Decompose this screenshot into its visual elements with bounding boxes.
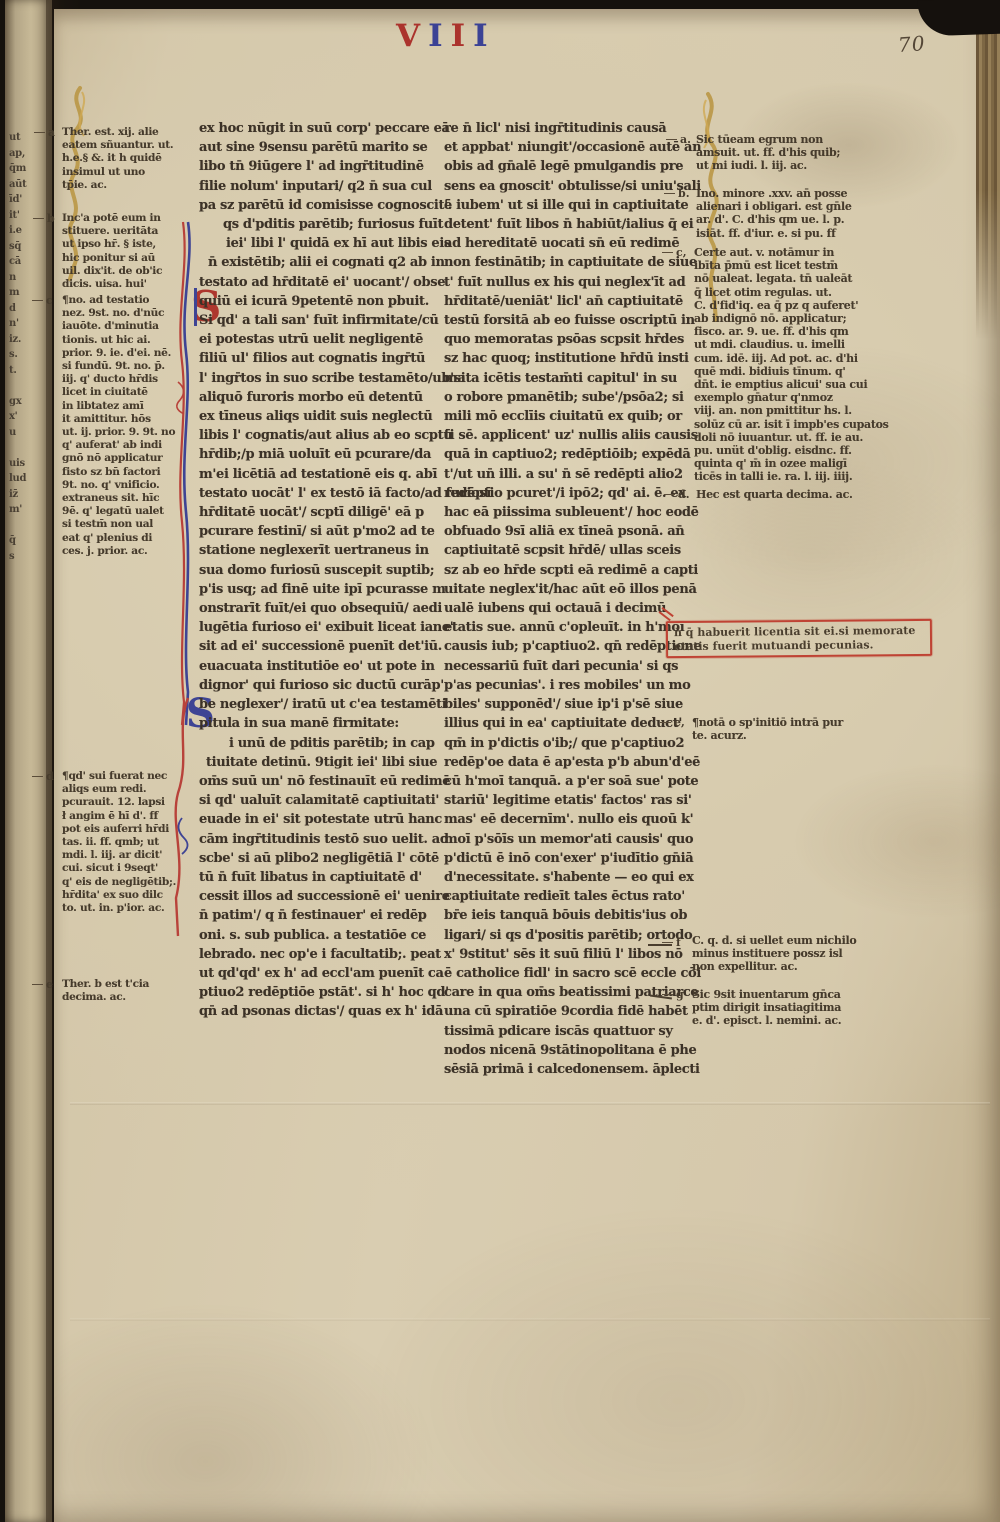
gloss-marker-e-right: e,	[674, 716, 685, 729]
text-line: d'necessitate. s'habente — eo qui ex	[444, 868, 690, 887]
text-line: viij. an. non pmittitur hs. l.	[694, 404, 924, 417]
text-line: it'	[9, 208, 49, 224]
text-line: aut sine 9sensu parētū marito se	[199, 138, 442, 157]
left-gloss-b: Inc'a potē eum instituere. ueritātaut ip…	[62, 212, 202, 291]
text-line: una cū spiratiōe 9cordia fidē habēt	[444, 1002, 690, 1021]
text-line: lebrado. nec op'e i facultatib;. peat	[199, 945, 442, 964]
text-line: t'/ut un̄ illi. a su' n̄ sē redēpti alio…	[444, 465, 690, 484]
text-line: sens ea gnoscit' obtulisse/si uniu'sali	[444, 177, 690, 196]
text-line: uitate neglex'it/hac aūt eō illos penā	[444, 580, 690, 599]
text-line: dn̄t. ie emptius alicui' sua cui	[694, 378, 924, 391]
text-line: ē catholice fidl' in sacro scē eccle cōi	[444, 964, 690, 983]
text-line: mili mō ecclīis ciuitatū ex quib; or	[444, 407, 690, 426]
text-line: hic ponitur si aū	[62, 252, 202, 265]
gloss-marker-a: a	[48, 126, 55, 139]
text-line: stariū' legitime etatis' factos' ras si'	[444, 791, 690, 810]
right-gloss-d: Hec est quarta decima. ac.	[696, 488, 926, 501]
text-line: p'dictū ē inō con'exer' p'iudītio gn̄iā	[444, 849, 690, 868]
heading-letter: I	[428, 18, 451, 54]
text-line: q̄ licet otim regulas. ut.	[694, 286, 924, 299]
text-line: scbe' si aū plibo2 negligētiā l' cōtē	[199, 849, 442, 868]
previous-folio-text-fragments: utap,q̄maūtīd'it'i.esq̄cānmdn'iz.s.t.gxx…	[9, 130, 49, 564]
text-line: obis ad gn̄alē legē pmulgandis pre	[444, 157, 690, 176]
text-line: iei' libi l' quidā ex hī aut libis eis	[199, 234, 442, 253]
text-line	[9, 440, 49, 456]
text-line: aliqs eum redi.	[62, 783, 202, 796]
text-line: cessit illos ad successionē ei' uenire	[199, 887, 442, 906]
text-line: dicis. uisa. hui'	[62, 278, 202, 291]
text-line: n̄ existētib; alii ei cognati q2 ab in	[199, 253, 442, 272]
text-line: hr̄dib;/p miā uoluīt eū pcurare/da	[199, 445, 442, 464]
text-line: euade in ei' sit potestate utrū hanc	[199, 810, 442, 829]
text-line: hr̄ditatē uocāt'/ scptī diligē' eā p	[199, 503, 442, 522]
text-line: ¶no. ad testatio	[62, 294, 202, 307]
text-line: p'as pecunias'. i res mobiles' un mo	[444, 676, 690, 695]
text-line: dignor' qui furioso sic ductū curāp'	[199, 676, 442, 695]
text-line: filie nolum' inputari/ q2 n̄ sua cul	[199, 177, 442, 196]
text-line: ex tīneus aliqs uidit suis neglectū	[199, 407, 442, 426]
text-line: aūt	[9, 177, 49, 193]
text-line: testato uocāt' l' ex testō iā facto/ad f…	[199, 484, 442, 503]
gloss-marker-g-right: g	[676, 988, 684, 1001]
text-line: hac eā piissima subleuent'/ hoc eodē	[444, 503, 690, 522]
book-number-heading: VIII	[396, 18, 496, 54]
text-line: tissimā pdicare iscās quattuor sy	[444, 1022, 690, 1041]
text-line: n	[9, 270, 49, 286]
text-line: eat q' plenius di	[62, 532, 202, 545]
text-line: u	[9, 425, 49, 441]
folio-number: 70	[897, 31, 926, 57]
text-line: et appbat' niungit'/occasionē autē an	[444, 138, 690, 157]
text-line: ē iubem' ut si ille qui in captiuitate	[444, 196, 690, 215]
text-line: statione neglexerīt uertraneus in	[199, 541, 442, 560]
text-line: x' 9stitut' sēs it suū filiū l' libos nō	[444, 945, 690, 964]
text-line: testato ad hr̄ditatē ei' uocant'/ obse	[199, 273, 442, 292]
text-line: qs d'pditis parētib; furiosus fuīt	[199, 215, 442, 234]
text-line: i.e	[9, 223, 49, 239]
text-line: ¶notā o sp'initiō intrā pur	[692, 716, 922, 729]
right-gloss-c: Certe aut. v. notāmur inibīta p̄mū est l…	[694, 246, 924, 484]
left-gloss-c: ¶no. ad testationez. 9st. no. d'nūciauōt…	[62, 294, 202, 558]
text-line: redēptio pcuret'/i ipō2; qd' ai. ē. ex	[444, 484, 690, 503]
text-line: hr̄ditatē/ueniāt' licl' an̄ captiuitatē	[444, 292, 690, 311]
text-line: eatem sñuantur. ut.	[62, 139, 202, 152]
gloss-marker-b: b	[47, 212, 55, 225]
text-line: s.	[9, 347, 49, 363]
text-line: detent' fuīt libos n̄ habiūt/ialius q̄ e…	[444, 215, 690, 234]
text-line: illius qui in ea' captiuitate deduct'	[444, 714, 690, 733]
text-line: ar. d'. C. d'his qm ue. l. p.	[696, 213, 926, 226]
text-line: gnō nō applicatur	[62, 452, 202, 465]
text-line: sz ab eo hr̄de scpti eā redimē a capti	[444, 561, 690, 580]
text-line: cām ingr̄titudinis testō suo uelit. ad	[199, 830, 442, 849]
gloss-marker-c: c	[46, 294, 53, 307]
text-line: redēp'oe data ē ap'esta p'b abun'd'eē	[444, 753, 690, 772]
text-line: onstrarīt fuīt/ei quo obsequiū/ aedi	[199, 599, 442, 618]
text-line: ad hereditatē uocati sn̄ eū redimē	[444, 234, 690, 253]
text-line: Ther. b est t'cia	[62, 978, 202, 991]
text-line: br̄e ieis tanquā bōuis debitis'ius ob	[444, 906, 690, 925]
text-line: tū n̄ fuīt libatus in captiuitatē d'	[199, 868, 442, 887]
text-line: nodos nicenā 9stātinopolitana ē phe	[444, 1041, 690, 1060]
text-line: licet in ciuitatē	[62, 386, 202, 399]
text-line: sz hac quoq; institutione hr̄dū insti	[444, 349, 690, 368]
text-line: ei potestas utrū uelit negligentē	[199, 330, 442, 349]
book-page-edges	[976, 9, 1000, 339]
text-line: Ino. minore .xxv. an̄ posse	[696, 187, 926, 200]
text-line: n̄ q̄ habuerit licentia sit ei.si memora…	[674, 624, 926, 640]
text-line: sēsiā primā i calcedonensem. āplecti	[444, 1060, 690, 1079]
text-line: h.e.§ &. it h quidē	[62, 152, 202, 165]
text-line: in libtatez amī	[62, 400, 202, 413]
text-line: q̄m	[9, 161, 49, 177]
text-line: it amittitur. hōs	[62, 413, 202, 426]
text-line: non expellitur. ac.	[692, 960, 922, 973]
text-line: Certe aut. v. notāmur in	[694, 246, 924, 259]
text-line: pcurare festinī/ si aūt p'mo2 ad te	[199, 522, 442, 541]
text-line: ł angim ē hī d'. ff	[62, 810, 202, 823]
text-line: testū forsitā ab eo fuisse oscriptū in	[444, 311, 690, 330]
text-line: lud	[9, 471, 49, 487]
right-gloss-e: ¶notā o sp'initiō intrā purte. acurz.	[692, 716, 922, 742]
text-line: ticēs in talli ie. ra. l. iij. iiij.	[694, 470, 924, 483]
text-line: Ther. est. xij. alie	[62, 126, 202, 139]
text-line: pu. unüt d'oblig. eisdnc. ff.	[694, 444, 924, 457]
text-line: si testm̄ non ual	[62, 518, 202, 531]
text-line: aliquō furoris morbo eū detentū	[199, 388, 442, 407]
text-line: libo tn̄ 9iūgere l' ad ingr̄titudinē	[199, 157, 442, 176]
text-line: qn̄ ad psonas dictas'/ quas ex h' idā	[199, 1002, 442, 1021]
text-line: m'ei licētiā ad testationē eis q. abī	[199, 465, 442, 484]
manuscript-photo: utap,q̄maūtīd'it'i.esq̄cānmdn'iz.s.t.gxx…	[0, 0, 1000, 1522]
text-line: exemplo gn̄atur q'nmoz	[694, 391, 924, 404]
text-line: extraneus sit. hīc	[62, 492, 202, 505]
text-line: solūz cū ar. isit ī impb'es cupatos	[694, 418, 924, 431]
text-line: C. q. d. si uellet eum nichilo	[692, 934, 922, 947]
text-line: om̄s suū un' nō festinauīt eū redimē	[199, 772, 442, 791]
text-line: moī p'sōīs un memor'ati causis' quo	[444, 830, 690, 849]
text-line: mdi. l. iij. ar dicit'	[62, 849, 202, 862]
text-line: pa sz parētū id comisisse cognoscit'.	[199, 196, 442, 215]
gloss-marker-a-right: a.	[680, 133, 691, 146]
text-line: tiuitate detinū. 9tigit iei' libi siue	[199, 753, 442, 772]
text-line: mas' eē decernīm'. nullo eis quoū k'	[444, 810, 690, 829]
gloss-marker-d-right: d.	[678, 488, 690, 501]
text-line: m'	[9, 502, 49, 518]
text-line: cui. sicut i 9seqt'	[62, 862, 202, 875]
text-line: ex hoc nūgit in suū corp' peccare eā	[199, 119, 442, 138]
text-line: minus instituere possz isl	[692, 947, 922, 960]
text-line: etatis sue. annū c'opleuīt. in h'moī	[444, 618, 690, 637]
text-line: cā	[9, 254, 49, 270]
text-line: prior. 9. ie. d'ei. nē.	[62, 347, 202, 360]
heading-letter: V	[396, 18, 428, 54]
text-line: uil. dix'it. de ob'ic	[62, 265, 202, 278]
text-line: hr̄dita' ex suo dilc	[62, 889, 202, 902]
background-corner	[917, 0, 1000, 37]
text-line: mata icētis testam̄ti capitul' in su	[444, 369, 690, 388]
left-gloss-d: ¶qd' sui fuerat necaliqs eum redi.pcurau…	[62, 770, 202, 915]
text-line: īd'	[9, 192, 49, 208]
right-gloss-g: Sic 9sit inuentarum gn̄captim dirigit in…	[692, 988, 922, 1028]
text-line: necessariū fuīt dari pecunia' si qs	[444, 657, 690, 676]
text-line: n̄ patim'/ q n̄ festinauer' ei redēp	[199, 906, 442, 925]
text-line: ut ipso hr̄. § iste,	[62, 238, 202, 251]
text-line: filiū ul' filios aut cognatis ingr̄tū	[199, 349, 442, 368]
text-line: si qd' ualuīt calamitatē captiuitati'	[199, 791, 442, 810]
gloss-tie-line	[648, 944, 672, 946]
text-line: t' fuīt nullus ex his qui neglex'īt ad	[444, 273, 690, 292]
red-boxed-note: n̄ q̄ habuerit licentia sit ei.si memora…	[666, 619, 932, 658]
text-line: libis l' cognatis/aut alius ab eo scptū	[199, 426, 442, 445]
text-line: l' ingr̄tos in suo scribe testamēto/ub's…	[199, 369, 442, 388]
text-line: quē mdi. bidiuis tīnum. q'	[694, 365, 924, 378]
heading-letter: I	[451, 18, 474, 54]
right-gloss-f: C. q. d. si uellet eum nichilominus inst…	[692, 934, 922, 974]
text-line: tionis. ut hic ai.	[62, 334, 202, 347]
right-gloss-a: Sic tūeam egrum nonamsuit. ut. ff. d'his…	[696, 133, 926, 173]
text-line: be neglexer'/ iratū ut c'ea testamēti	[199, 695, 442, 714]
text-line: alienari i obligari. est gn̄le	[696, 200, 926, 213]
text-line: si fundū. 9t. no. p̄.	[62, 360, 202, 373]
text-line: ualē iubens qui octauā i decimū	[444, 599, 690, 618]
text-line: ptiuo2 redēptiōe pstāt'. si h' hoc qd'	[199, 983, 442, 1002]
text-line: iz̄	[9, 487, 49, 503]
text-line: iz.	[9, 332, 49, 348]
text-line: ut mi iudi. l. iij. ac.	[696, 159, 926, 172]
gloss-marker-c-right: c,	[676, 246, 687, 259]
text-line: obfuado 9sī aliā ex tīneā psonā. an̄	[444, 522, 690, 541]
text-line: p'is usq; ad finē uite ipī pcurasse m	[199, 580, 442, 599]
text-line: quā in captiuo2; redēptiōib; expēdā	[444, 445, 690, 464]
text-line: fisto sz bn̄ factori	[62, 466, 202, 479]
text-line: sq̄	[9, 239, 49, 255]
text-line: Sic tūeam egrum non	[696, 133, 926, 146]
text-line: Sic 9sit inuentarum gn̄ca	[692, 988, 922, 1001]
text-line: causis iub; p'captiuo2. qn̄ redēptione	[444, 637, 690, 656]
text-line: gx	[9, 394, 49, 410]
text-line: ap,	[9, 146, 49, 162]
text-line: oni. s. sub publica. a testatiōe ce	[199, 926, 442, 945]
text-line: ti sē. applicent' uz' nullis aliis causi…	[444, 426, 690, 445]
heading-letter: I	[473, 18, 496, 54]
text-line	[9, 378, 49, 394]
text-line: captiuitate redieīt tales ēctus rato'	[444, 887, 690, 906]
left-gloss-a: Ther. est. xij. alieeatem sñuantur. ut.h…	[62, 126, 202, 192]
text-line: to. ut. in. p'ior. ac.	[62, 902, 202, 915]
text-line: ut. ij. prior. 9. 9t. no	[62, 426, 202, 439]
gloss-marker-e: e	[46, 978, 53, 991]
text-line: e. d'. episct. l. nemini. ac.	[692, 1014, 922, 1027]
text-line: pitula in sua manē firmitate:	[199, 714, 442, 733]
text-line: re n̄ licl' nisi ingr̄titudinis causā	[444, 119, 690, 138]
text-line: o robore pmanētib; sube'/psōa2; si	[444, 388, 690, 407]
text-line: ibīta p̄mū est licet testm̄	[694, 259, 924, 272]
text-line: insimul ut uno	[62, 166, 202, 179]
text-line: uis	[9, 456, 49, 472]
text-column-2: re n̄ licl' nisi ingr̄titudinis causāet …	[444, 119, 690, 1079]
text-line: decima. ac.	[62, 991, 202, 1004]
text-line: fisco. ar. 9. ue. ff. d'his qm	[694, 325, 924, 338]
gloss-marker-f-right: f	[676, 936, 681, 949]
text-line: captiuitatē scpsit hr̄dē/ ullas sceis	[444, 541, 690, 560]
text-line: ab indignō nō. applicatur;	[694, 312, 924, 325]
text-line: sua domo furiosū suscepit suptib;	[199, 561, 442, 580]
text-line: sit ad ei' successionē puenīt det'iū.	[199, 637, 442, 656]
previous-folio-edge: utap,q̄maūtīd'it'i.esq̄cānmdn'iz.s.t.gxx…	[5, 0, 52, 1522]
text-line: Hec est quarta decima. ac.	[696, 488, 926, 501]
gloss-marker-b-right: b.	[678, 187, 690, 200]
text-line: ¶qd' sui fuerat nec	[62, 770, 202, 783]
text-line: qm̄ in p'dictis o'ib;/ que p'captiuo2	[444, 734, 690, 753]
text-line: 9t. no. q' vnificio.	[62, 479, 202, 492]
text-line: 9ē. q' legatū ualet	[62, 505, 202, 518]
text-column-1: ex hoc nūgit in suū corp' peccare eāaut …	[199, 119, 442, 1022]
text-line: t.	[9, 363, 49, 379]
text-line: Si qd' a tali san' fuīt infirmitate/cū	[199, 311, 442, 330]
text-line: tp̄ie. ac.	[62, 179, 202, 192]
text-line: Inc'a potē eum in	[62, 212, 202, 225]
text-line: d	[9, 301, 49, 317]
text-line: ligari/ si qs d'positis parētib; ortodo	[444, 926, 690, 945]
text-line: etatis fuerit mutuandi pecunias.	[674, 638, 926, 654]
text-line: cum. idē. iij. Ad pot. ac. d'hi	[694, 352, 924, 365]
text-line: tas. ii. ff. qmb; ut	[62, 836, 202, 849]
text-line: pcurauit. 12. lapsi	[62, 796, 202, 809]
text-line: s	[9, 549, 49, 565]
text-line: quinta q' m̄ in ozee maligī	[694, 457, 924, 470]
text-line: ptim dirigit insatiagitima	[692, 1001, 922, 1014]
text-line: iauōte. d'minutia	[62, 320, 202, 333]
text-line: x'	[9, 409, 49, 425]
text-line: lugētia furioso ei' exibuit liceat iane'	[199, 618, 442, 637]
text-line: ut qd'qd' ex h' ad eccl'am puenīt ca	[199, 964, 442, 983]
text-line: nō ualeat. legata. tn̄ ualeāt	[694, 272, 924, 285]
text-line: te. acurz.	[692, 729, 922, 742]
gloss-marker-d: d	[46, 770, 54, 783]
text-line: ces. j. prior. ac.	[62, 545, 202, 558]
text-line: pot eis auferri hr̄di	[62, 823, 202, 836]
text-line: quiū ei icurā 9petentē non pbuit.	[199, 292, 442, 311]
text-line: iij. q' ducto hr̄dis	[62, 373, 202, 386]
text-line: q̄	[9, 533, 49, 549]
text-line: cū h'moī tanquā. a p'er soā sue' pote	[444, 772, 690, 791]
text-line: care in qua om̄s beatissimi patriarce	[444, 983, 690, 1002]
text-line: nez. 9st. no. d'nūc	[62, 307, 202, 320]
text-line: q' auferat' ab indi	[62, 439, 202, 452]
text-line: doli nō iuuantur. ut. ff. ie au.	[694, 431, 924, 444]
text-line: biles' supponēd'/ siue ip'i p'sē siue	[444, 695, 690, 714]
text-line: amsuit. ut. ff. d'his quib;	[696, 146, 926, 159]
left-gloss-e: Ther. b est t'ciadecima. ac.	[62, 978, 202, 1004]
text-line: quo memoratas psōas scpsit hr̄des	[444, 330, 690, 349]
text-line	[9, 518, 49, 534]
text-line: stituere. ueritāta	[62, 225, 202, 238]
text-line: isiāt. ff. d'iur. e. si pu. ff	[696, 227, 926, 240]
text-line: C. d'fid'iq. ea q̄ pz q auferet'	[694, 299, 924, 312]
text-line: i unū de pditis parētib; in cap	[199, 734, 442, 753]
text-line: n'	[9, 316, 49, 332]
text-line: ut mdi. claudius. u. imelli	[694, 338, 924, 351]
text-line: m	[9, 285, 49, 301]
text-line: non festinātib; in captiuitate de siue	[444, 253, 690, 272]
text-line: euacuata institutiōe eo' ut pote in	[199, 657, 442, 676]
text-line: q' eis de negligētib;.	[62, 876, 202, 889]
right-gloss-b: Ino. minore .xxv. an̄ possealienari i ob…	[696, 187, 926, 240]
